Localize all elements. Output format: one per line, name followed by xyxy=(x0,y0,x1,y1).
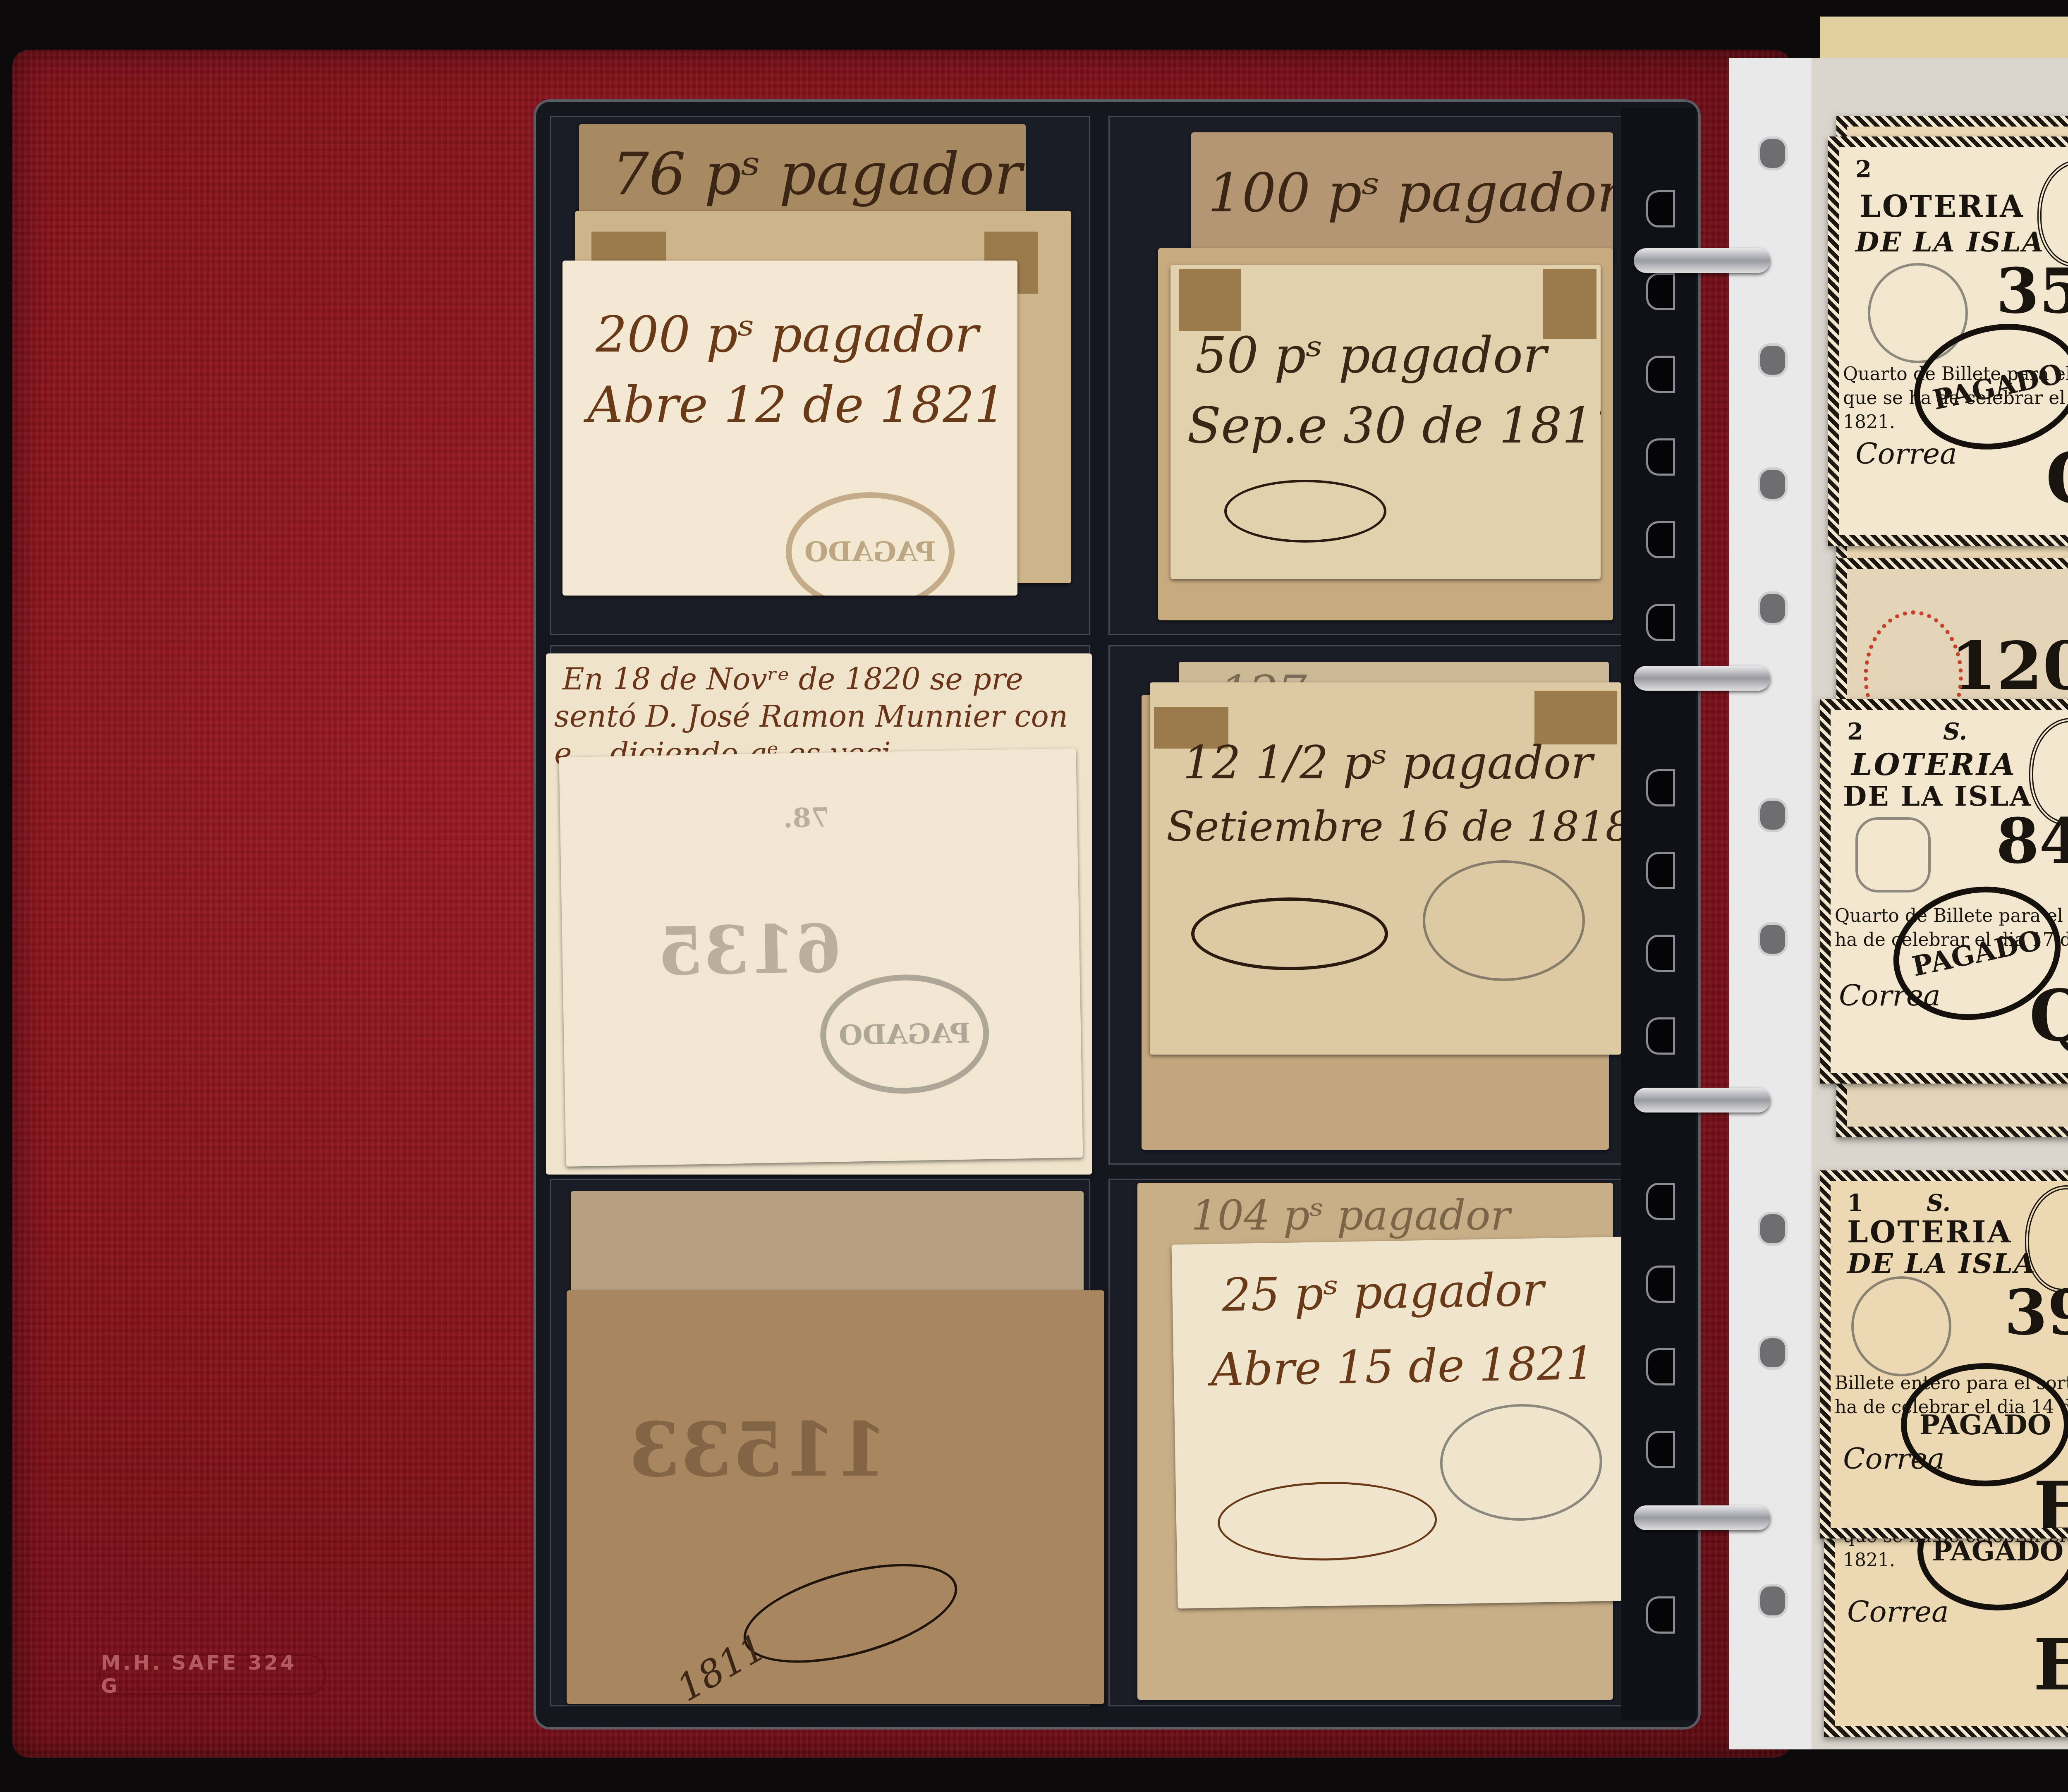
pagado-stamp-reverse: PAGADO xyxy=(819,973,990,1095)
handwritten-date: Sep.e 30 de 1817 xyxy=(1187,397,1601,455)
pagado-stamp-reverse: PAGADO xyxy=(786,492,955,596)
binder-ring xyxy=(1634,666,1770,691)
ticket-number: 12046 xyxy=(1951,627,2068,705)
handwritten-date: Abre 12 de 1821 xyxy=(587,376,1006,434)
punch-hole xyxy=(1758,343,1788,377)
punch-hole xyxy=(1646,1183,1675,1220)
lottery-ticket-reverse: 11533 1811 xyxy=(567,1290,1104,1704)
handwritten-date: Abre 15 de 1821 xyxy=(1211,1337,1595,1396)
lottery-ticket: 1 S. 81. LOTERIA NACIONAL DE LA ISLA DE … xyxy=(1820,1170,2068,1538)
ticket-subheading: DE LA ISLA xyxy=(1847,1247,2036,1280)
handwritten-amount: 100 pˢ pagador xyxy=(1208,161,1613,224)
lottery-ticket: 2 S. 79. LOTERIA NACIONAL DE LA ISLA DE … xyxy=(1828,136,2068,546)
handwritten-amount: 76 pˢ pagador xyxy=(612,141,1022,208)
punch-hole xyxy=(1646,769,1675,806)
punch-hole xyxy=(1646,604,1675,641)
reversed-ticket-number: 6135 xyxy=(657,909,843,991)
signature-flourish xyxy=(1217,1480,1438,1562)
ticket-class-letter: E xyxy=(2033,1624,2068,1706)
back-note: 100 pˢ pagador xyxy=(1191,132,1613,261)
lottery-ticket-reverse: 12 1/2 pˢ pagador Setiembre 16 de 1818 xyxy=(1150,682,1621,1055)
punch-hole xyxy=(1646,1266,1675,1303)
ticket-subheading: DE LA ISLA xyxy=(1855,226,2044,258)
punch-hole xyxy=(1646,1017,1675,1055)
handwritten-amount: 12 1/2 pˢ pagador xyxy=(1183,736,1593,789)
punch-hole xyxy=(1646,935,1675,972)
ticket-s-label: S. xyxy=(1927,1189,1951,1217)
cover-emboss-label: M.H. SAFE 324 G xyxy=(99,1654,326,1695)
punch-hole xyxy=(1758,591,1788,625)
punch-hole xyxy=(1646,521,1675,558)
punch-hole xyxy=(1646,438,1675,476)
punch-hole xyxy=(1646,273,1675,310)
ticket-serie: 1 xyxy=(1847,1189,1863,1217)
ticket-class-letter: E xyxy=(2033,1467,2068,1538)
pagado-stamp: PAGADO xyxy=(1901,1363,2068,1486)
ticket-number: 393 xyxy=(2004,1276,2068,1349)
punch-hole xyxy=(1758,467,1788,501)
ticket-serie: 2 xyxy=(1855,156,1872,183)
reversed-series: 78. xyxy=(783,802,830,834)
manuscript-line: sentó D. José Ramon Munnier con xyxy=(554,699,1068,734)
ticket-heading: LOTERIA xyxy=(1851,747,2016,782)
handwritten-amount: 50 pˢ pagador xyxy=(1195,327,1546,384)
handwritten-date: Setiembre 16 de 1818 xyxy=(1166,802,1621,851)
lottery-ticket-reverse: 50 pˢ pagador Sep.e 30 de 1817 xyxy=(1170,265,1601,579)
grey-seal-icon xyxy=(1855,817,1931,892)
ticket-serie: 2 xyxy=(1847,718,1863,745)
crown-stamp-icon xyxy=(1851,1276,1951,1376)
punch-hole xyxy=(1758,136,1788,170)
binder-strip xyxy=(1621,108,1696,1720)
ticket-heading: LOTERIA xyxy=(1847,1214,2012,1249)
ticket-s-label: S. xyxy=(1943,718,1967,745)
punch-hole xyxy=(1646,190,1675,227)
signature-flourish xyxy=(1224,480,1386,543)
handwritten-amount: 104 pˢ pagador xyxy=(1191,1191,1510,1239)
ticket-number: 358 xyxy=(1996,255,2068,328)
signature-correa: Correa xyxy=(1855,437,1957,471)
lottery-ticket-reverse: 200 pˢ pagador Abre 12 de 1821 PAGADO xyxy=(562,261,1017,596)
lottery-ticket-reverse: 78. 6135 PAGADO xyxy=(559,748,1083,1167)
hinge-tab xyxy=(1543,269,1596,339)
faded-pagado-stamp xyxy=(1423,860,1585,981)
punch-hole xyxy=(1646,1348,1675,1385)
binder-ring xyxy=(1634,1505,1770,1530)
ticket-heading: LOTERIA xyxy=(1860,189,2025,224)
handwritten-amount: 200 pˢ pagador xyxy=(596,306,979,364)
punch-hole xyxy=(1758,1584,1788,1618)
faded-pagado-stamp xyxy=(1439,1403,1603,1522)
binder-ring xyxy=(1634,1088,1770,1113)
back-note-stack xyxy=(571,1191,1084,1307)
punch-hole xyxy=(1646,852,1675,889)
lottery-ticket: 2 S. 80. LOTERIA NACIONAL DE LA ISLA DE … xyxy=(1820,699,2068,1084)
punch-hole xyxy=(1758,922,1788,956)
punch-strip xyxy=(1729,58,1812,1749)
handwritten-mark: 1811 xyxy=(670,1625,773,1704)
lottery-ticket: que se ha de celebrar el dia 14 de novie… xyxy=(1824,1505,2068,1737)
binder-ring xyxy=(1634,248,1770,273)
ticket-number: 843 xyxy=(1996,805,2068,878)
lottery-ticket-reverse: 25 pˢ pagador Abre 15 de 1821 xyxy=(1171,1237,1632,1608)
signature-correa: Correa xyxy=(1847,1595,1949,1629)
reversed-ticket-number: 11533 xyxy=(629,1406,888,1493)
punch-hole xyxy=(1646,1431,1675,1468)
ticket-class-letter: Q xyxy=(2046,437,2068,519)
punch-hole xyxy=(1758,798,1788,832)
punch-hole xyxy=(1646,356,1675,393)
signature-flourish xyxy=(1191,897,1388,970)
hinge-tab xyxy=(1179,269,1241,331)
manuscript-line: En 18 de Novʳᵉ de 1820 se pre xyxy=(562,662,1023,696)
punch-hole xyxy=(1646,1596,1675,1634)
punch-hole xyxy=(1758,1336,1788,1370)
handwritten-amount: 25 pˢ pagador xyxy=(1221,1263,1544,1322)
punch-hole xyxy=(1758,1212,1788,1246)
